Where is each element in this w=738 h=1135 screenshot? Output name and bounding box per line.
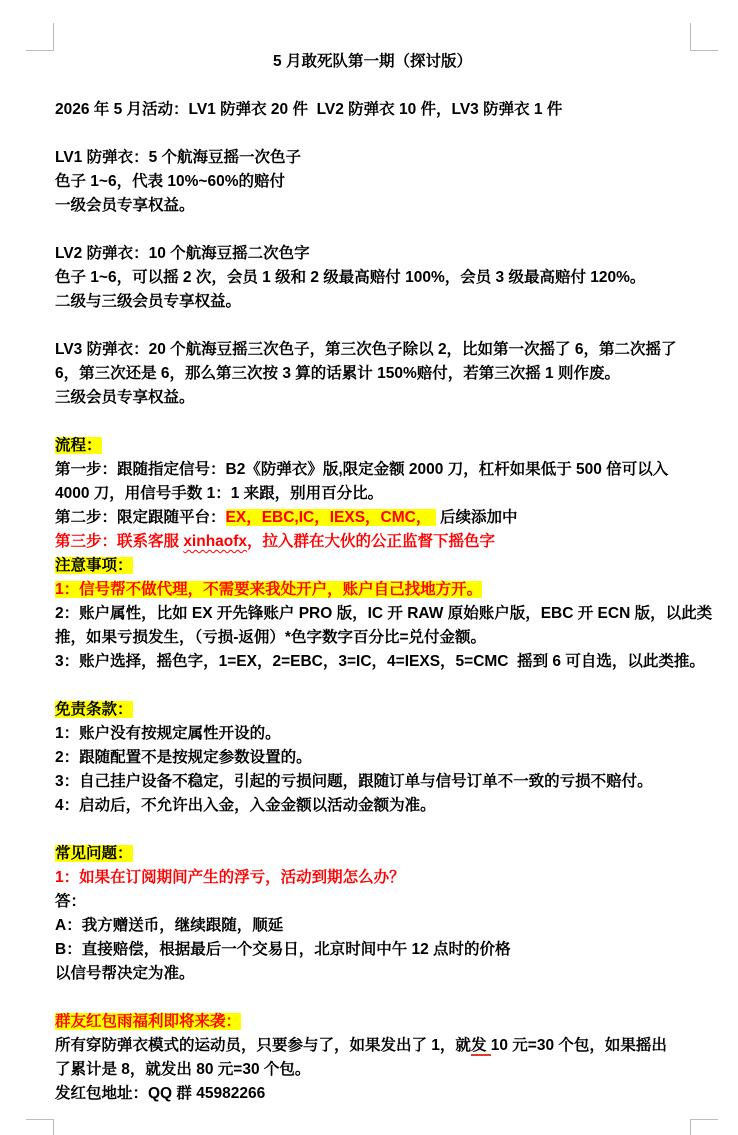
lv1-member-line-seg: 一级会员专享权益。 (55, 197, 195, 214)
faq-answer-b-seg: B：直接赔偿，根据最后一个交易日，北京时间中午 12 点时的价格 (55, 941, 511, 958)
page-corner-mark-bottom-right (690, 1119, 718, 1135)
lv2-heading-line-seg: LV2 防弹衣：10 个航海豆摇二次色字 (55, 245, 310, 262)
lv3-detail-line-1-seg: LV3 防弹衣：20 个航海豆摇三次色子，第三次色子除以 2，比如第一次摇了 6… (55, 341, 677, 358)
redpacket-detail-line-1-seg: 10 元=30 个包，如果摇出 (491, 1037, 667, 1054)
redpacket-detail-line-2: 了累计是 8，就发出 80 元=30 个包。 (55, 1058, 690, 1082)
blank-line (55, 314, 690, 338)
notes-heading: 注意事项： (55, 554, 690, 578)
process-step2-line: 第二步：限定跟随平台：EX，EBC,IC，IEXS，CMC， 后续添加中 (55, 506, 690, 530)
redpacket-heading: 群友红包雨福利即将来袭： (55, 1010, 690, 1034)
process-step1-line-2-seg: 4000 刀，用信号手数 1：1 来跟，别用百分比。 (55, 485, 383, 502)
document-page: 5 月敢死队第一期（探讨版）2026 年 5 月活动：LV1 防弹衣 20 件 … (0, 0, 738, 1135)
lv2-heading-line: LV2 防弹衣：10 个航海豆摇二次色字 (55, 242, 690, 266)
disclaimer-item-1: 1：账户没有按规定属性开设的。 (55, 722, 690, 746)
faq-answer-a: A：我方赠送币，继续跟随，顺延 (55, 914, 690, 938)
activity-summary-line: 2026 年 5 月活动：LV1 防弹衣 20 件 LV2 防弹衣 10 件，L… (55, 98, 690, 122)
blank-line (55, 74, 690, 98)
notes-item-2-line-1-seg: 2：账户属性，比如 EX 开先锋账户 PRO 版，IC 开 RAW 原始账户版，… (55, 605, 712, 622)
redpacket-address-line: 发红包地址：QQ 群 45982266 (55, 1082, 690, 1106)
disclaimer-item-4: 4：启动后，不允许出入金，入金金额以活动金额为准。 (55, 794, 690, 818)
faq-question-1-seg: 1：如果在订阅期间产生的浮亏，活动到期怎么办？ (55, 869, 405, 886)
redpacket-detail-line-1-seg: 发 (471, 1037, 491, 1056)
notes-item-1: 1：信号帮不做代理，不需要来我处开户，账户自己找地方开。 (55, 578, 690, 602)
lv2-member-line-seg: 二级与三级会员专享权益。 (55, 293, 241, 310)
faq-heading: 常见问题： (55, 842, 690, 866)
redpacket-detail-line-1-seg: 所有穿防弹衣模式的运动员，只要参与了，如果发出了 1，就 (55, 1037, 471, 1054)
notes-item-3: 3：账户选择，摇色字，1=EX，2=EBC，3=IC，4=IEXS，5=CMC … (55, 650, 690, 674)
blank-line (55, 218, 690, 242)
faq-question-1: 1：如果在订阅期间产生的浮亏，活动到期怎么办？ (55, 866, 690, 890)
notes-item-2-line-1: 2：账户属性，比如 EX 开先锋账户 PRO 版，IC 开 RAW 原始账户版，… (55, 602, 690, 626)
disclaimer-item-2: 2：跟随配置不是按规定参数设置的。 (55, 746, 690, 770)
process-step3-line-seg: xinhaofx (183, 533, 247, 550)
process-step3-line: 第三步：联系客服 xinhaofx，拉入群在大伙的公正监督下摇色字 (55, 530, 690, 554)
redpacket-detail-line-2-seg: 了累计是 8，就发出 80 元=30 个包。 (55, 1061, 310, 1078)
faq-heading-seg: 常见问题： (55, 845, 133, 862)
process-step1-line-2: 4000 刀，用信号手数 1：1 来跟，别用百分比。 (55, 482, 690, 506)
disclaimer-item-3: 3：自己挂户设备不稳定，引起的亏损问题，跟随订单与信号订单不一致的亏损不赔付。 (55, 770, 690, 794)
lv3-detail-line-2: 6，第三次还是 6，那么第三次按 3 算的话累计 150%赔付，若第三次摇 1 … (55, 362, 690, 386)
notes-item-1-seg: 1：信号帮不做代理，不需要来我处开户，账户自己找地方开。 (55, 581, 482, 598)
lv3-member-line-seg: 三级会员专享权益。 (55, 389, 195, 406)
process-step1-line-1-seg: 第一步：跟随指定信号：B2《防弹衣》版,限定金额 2000 刀，杠杆如果低于 5… (55, 461, 668, 478)
process-step3-line-seg: ，拉入群在大伙的公正监督下摇色字 (247, 533, 495, 550)
faq-answer-note: 以信号帮决定为准。 (55, 962, 690, 986)
lv2-detail-line: 色子 1~6，可以摇 2 次，会员 1 级和 2 级最高赔付 100%，会员 3… (55, 266, 690, 290)
document-title-seg: 5 月敢死队第一期（探讨版） (273, 53, 472, 70)
notes-item-2-line-2: 推，如果亏损发生，（亏损-返佣）*色字数字百分比=兑付金额。 (55, 626, 690, 650)
process-step3-line-seg: 第三步：联系客服 (55, 533, 183, 550)
notes-item-2-line-2-seg: 推，如果亏损发生，（亏损-返佣）*色字数字百分比=兑付金额。 (55, 629, 486, 646)
activity-summary-line-seg: 2026 年 5 月活动：LV1 防弹衣 20 件 LV2 防弹衣 10 件，L… (55, 101, 562, 118)
lv1-member-line: 一级会员专享权益。 (55, 194, 690, 218)
process-step2-line-seg: 第二步：限定跟随平台： (55, 509, 226, 526)
page-corner-mark-top-right (690, 23, 718, 51)
faq-answer-label: 答： (55, 890, 690, 914)
faq-answer-label-seg: 答： (55, 893, 86, 910)
redpacket-address-line-seg: 发红包地址：QQ 群 45982266 (55, 1085, 265, 1102)
notes-heading-seg: 注意事项： (55, 557, 133, 574)
document-body: 5 月敢死队第一期（探讨版）2026 年 5 月活动：LV1 防弹衣 20 件 … (55, 50, 690, 1106)
lv1-heading-line: LV1 防弹衣：5 个航海豆摇一次色子 (55, 146, 690, 170)
process-step2-line-seg: EX，EBC,IC，IEXS，CMC， (226, 509, 436, 526)
redpacket-heading-seg: 群友红包雨福利即将来袭： (55, 1013, 241, 1030)
notes-item-3-seg: 3：账户选择，摇色字，1=EX，2=EBC，3=IC，4=IEXS，5=CMC … (55, 653, 705, 670)
page-corner-mark-bottom-left (26, 1119, 54, 1135)
lv3-detail-line-2-seg: 6，第三次还是 6，那么第三次按 3 算的话累计 150%赔付，若第三次摇 1 … (55, 365, 620, 382)
process-heading: 流程： (55, 434, 690, 458)
process-step2-line-seg: 后续添加中 (436, 509, 518, 526)
lv2-detail-line-seg: 色子 1~6，可以摇 2 次，会员 1 级和 2 级最高赔付 100%，会员 3… (55, 269, 645, 286)
disclaimer-item-2-seg: 2：跟随配置不是按规定参数设置的。 (55, 749, 312, 766)
lv1-detail-line-seg: 色子 1~6，代表 10%~60%的赔付 (55, 173, 285, 190)
faq-answer-note-seg: 以信号帮决定为准。 (55, 965, 195, 982)
blank-line (55, 986, 690, 1010)
blank-line (55, 122, 690, 146)
redpacket-detail-line-1: 所有穿防弹衣模式的运动员，只要参与了，如果发出了 1，就发 10 元=30 个包… (55, 1034, 690, 1058)
blank-line (55, 674, 690, 698)
disclaimer-item-1-seg: 1：账户没有按规定属性开设的。 (55, 725, 281, 742)
lv3-detail-line-1: LV3 防弹衣：20 个航海豆摇三次色子，第三次色子除以 2，比如第一次摇了 6… (55, 338, 690, 362)
lv2-member-line: 二级与三级会员专享权益。 (55, 290, 690, 314)
disclaimer-heading-seg: 免责条款： (55, 701, 133, 718)
blank-line (55, 818, 690, 842)
lv1-heading-line-seg: LV1 防弹衣：5 个航海豆摇一次色子 (55, 149, 301, 166)
lv1-detail-line: 色子 1~6，代表 10%~60%的赔付 (55, 170, 690, 194)
disclaimer-item-4-seg: 4：启动后，不允许出入金，入金金额以活动金额为准。 (55, 797, 436, 814)
page-corner-mark-top-left (26, 23, 54, 51)
faq-answer-b: B：直接赔偿，根据最后一个交易日，北京时间中午 12 点时的价格 (55, 938, 690, 962)
lv3-member-line: 三级会员专享权益。 (55, 386, 690, 410)
faq-answer-a-seg: A：我方赠送币，继续跟随，顺延 (55, 917, 283, 934)
process-heading-seg: 流程： (55, 437, 102, 454)
process-step1-line-1: 第一步：跟随指定信号：B2《防弹衣》版,限定金额 2000 刀，杠杆如果低于 5… (55, 458, 690, 482)
disclaimer-heading: 免责条款： (55, 698, 690, 722)
document-title: 5 月敢死队第一期（探讨版） (55, 50, 690, 74)
disclaimer-item-3-seg: 3：自己挂户设备不稳定，引起的亏损问题，跟随订单与信号订单不一致的亏损不赔付。 (55, 773, 653, 790)
blank-line (55, 410, 690, 434)
